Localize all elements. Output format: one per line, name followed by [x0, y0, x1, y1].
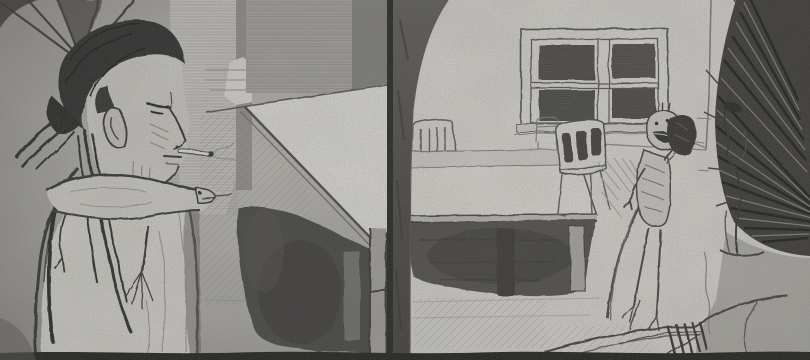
- sketch-scan: [0, 0, 810, 360]
- two-panel-sketch: [0, 0, 810, 360]
- paper-grain-overlay: [0, 0, 810, 360]
